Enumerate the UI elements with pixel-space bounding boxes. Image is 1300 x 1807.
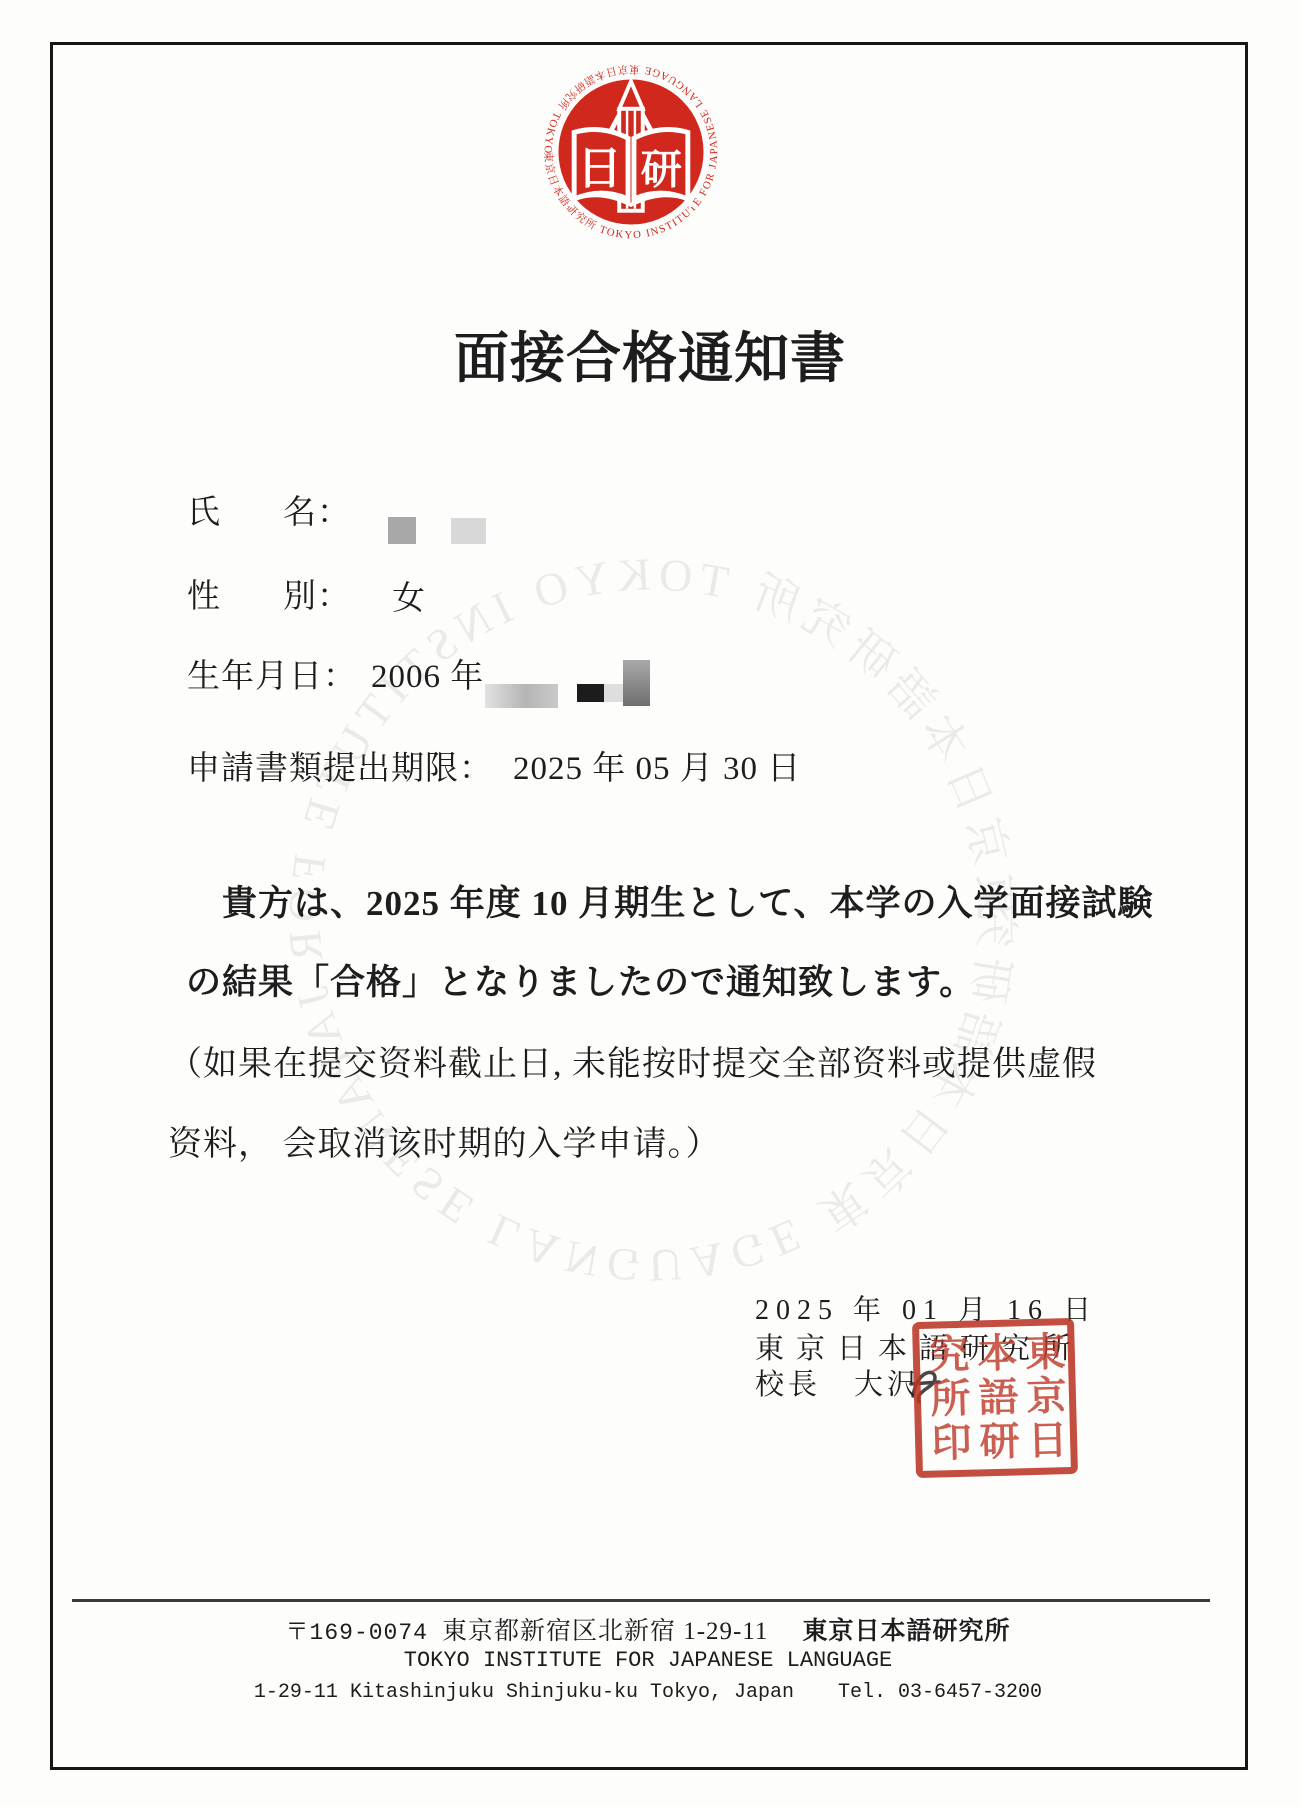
redaction-block (388, 517, 416, 544)
notice-paragraph-line: の結果「合格」となりましたので通知致します。 (186, 955, 975, 1005)
telephone: Tel. 03-6457-3200 (838, 1681, 1042, 1704)
birth-value: 2006 年 (371, 659, 484, 695)
field-name: 氏 名： (187, 486, 221, 533)
name-label-a: 氏 (187, 495, 221, 531)
footer-address-en-line: 1-29-11 Kitashinjuku Shinjuku-ku Tokyo, … (53, 1681, 1243, 1704)
official-red-seal: 東京日 本語研 究所印 (912, 1318, 1078, 1478)
address-en: 1-29-11 Kitashinjuku Shinjuku-ku Tokyo, … (254, 1681, 794, 1704)
gender-label-a: 性 (187, 579, 221, 615)
page-title: 面接合格通知書 (0, 314, 1300, 393)
footer-address-jp-line: 〒169-0074東京都新宿区北新宿 1-29-11東京日本語研究所 (53, 1611, 1243, 1647)
seal-column-right: 東京日 (1021, 1330, 1064, 1463)
field-deadline: 申請書類提出期限：2025 年 05 月 30 日 (187, 742, 801, 789)
redaction-block (604, 684, 624, 702)
principal-line: 校長 大沢 (755, 1362, 920, 1403)
redaction-block (577, 684, 604, 702)
warning-paragraph-line: （如果在提交资料截止日, 未能按时提交全部资料或提供虚假 (168, 1036, 1097, 1085)
deadline-label: 申請書類提出期限： (187, 751, 493, 787)
seal-column-left: 究所印 (925, 1333, 968, 1466)
gender-value: 女 (392, 572, 426, 619)
logo-book-char-right: 研 (641, 146, 682, 192)
school-logo: 東京日本語研究所 TOKYO INSTITUTE FOR JAPANESE LA… (533, 52, 729, 248)
deadline-value: 2025 年 05 月 30 日 (513, 751, 801, 787)
footer-divider (72, 1599, 1210, 1602)
gender-label-b: 別： (283, 570, 351, 617)
address-jp: 東京都新宿区北新宿 1-29-11 (442, 1618, 768, 1645)
field-gender: 性 別： 女 (187, 570, 221, 617)
name-label-b: 名： (283, 486, 351, 533)
org-name-jp: 東京日本語研究所 (802, 1618, 1010, 1645)
postal-code: 〒169-0074 (286, 1620, 428, 1646)
scanned-letter-page: 東京日本語研究所 TOKYO INSTITUTE FOR JAPANESE LA… (0, 0, 1300, 1807)
footer-institute-en: TOKYO INSTITUTE FOR JAPANESE LANGUAGE (53, 1648, 1243, 1673)
field-birthdate: 生年月日：2006 年 (187, 650, 484, 697)
redaction-block (451, 518, 486, 544)
seal-column-middle: 本語研 (973, 1331, 1016, 1464)
redaction-block (623, 660, 650, 706)
logo-book-char-left: 日 (577, 143, 622, 193)
notice-paragraph-line: 貴方は、2025 年度 10 月期生として、本学の入学面接試験 (222, 876, 1154, 926)
birth-label: 生年月日： (187, 659, 357, 695)
warning-paragraph-line: 资料， 会取消该时期的入学申请。） (168, 1116, 721, 1165)
redaction-block (485, 684, 558, 708)
